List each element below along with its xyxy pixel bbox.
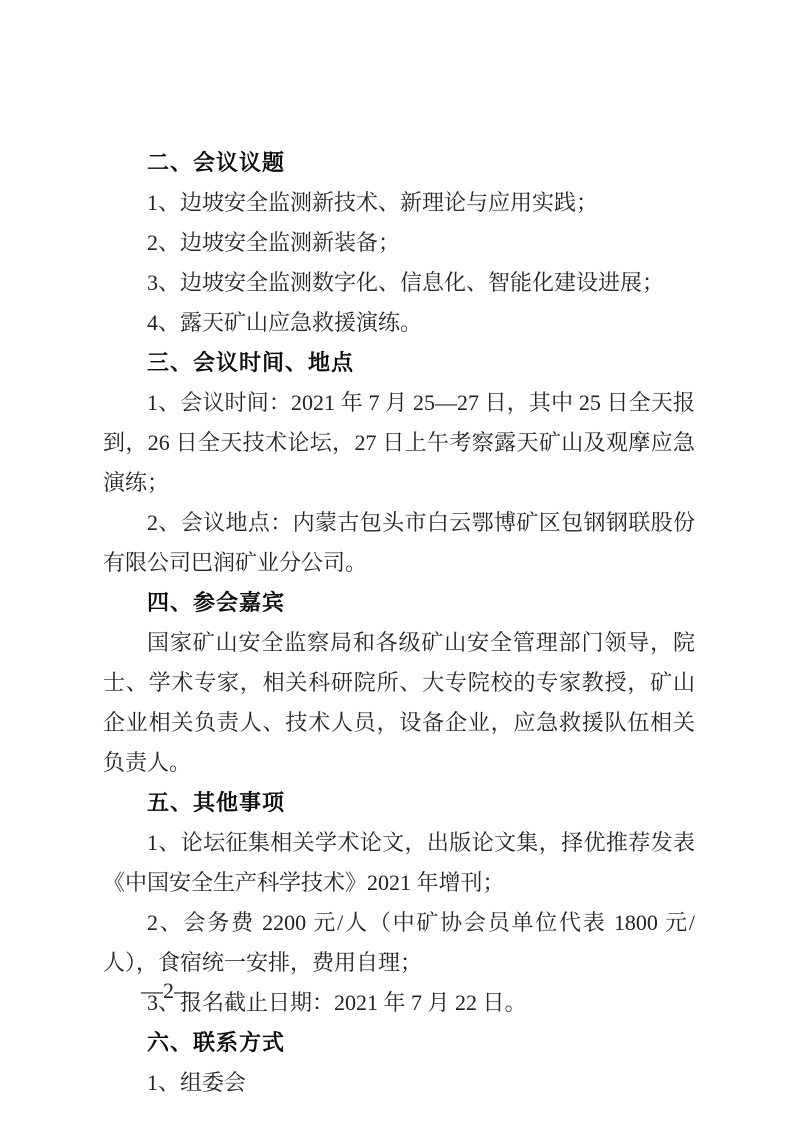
- section-heading: 三、会议时间、地点: [103, 343, 695, 383]
- section-heading: 四、参会嘉宾: [103, 583, 695, 623]
- paragraph: 国家矿山安全监察局和各级矿山安全管理部门领导，院士、学术专家，相关科研院所、大专…: [103, 623, 695, 783]
- paragraph: 1、组委会: [103, 1063, 695, 1103]
- paragraph: 4、露天矿山应急救援演练。: [103, 303, 695, 343]
- section-meeting-time-location: 三、会议时间、地点 1、会议时间：2021 年 7 月 25—27 日，其中 2…: [103, 343, 695, 583]
- paragraph: 1、边坡安全监测新技术、新理论与应用实践；: [103, 183, 695, 223]
- paragraph: 2、会务费 2200 元/人（中矿协会员单位代表 1800 元/人），食宿统一安…: [103, 903, 695, 983]
- section-heading: 五、其他事项: [103, 783, 695, 823]
- paragraph: 2、边坡安全监测新装备；: [103, 223, 695, 263]
- document-body: 二、会议议题 1、边坡安全监测新技术、新理论与应用实践； 2、边坡安全监测新装备…: [103, 143, 695, 1103]
- paragraph: 1、论坛征集相关学术论文，出版论文集，择优推荐发表《中国安全生产科学技术》202…: [103, 823, 695, 903]
- section-meeting-topics: 二、会议议题 1、边坡安全监测新技术、新理论与应用实践； 2、边坡安全监测新装备…: [103, 143, 695, 343]
- section-heading: 六、联系方式: [103, 1023, 695, 1063]
- paragraph: 2、会议地点：内蒙古包头市白云鄂博矿区包钢钢联股份有限公司巴润矿业分公司。: [103, 503, 695, 583]
- page-number: —2—: [141, 978, 196, 1004]
- section-heading: 二、会议议题: [103, 143, 695, 183]
- document-page: 二、会议议题 1、边坡安全监测新技术、新理论与应用实践； 2、边坡安全监测新装备…: [0, 0, 800, 1132]
- section-contact-info: 六、联系方式 1、组委会: [103, 1023, 695, 1103]
- paragraph: 3、边坡安全监测数字化、信息化、智能化建设进展；: [103, 263, 695, 303]
- section-attending-guests: 四、参会嘉宾 国家矿山安全监察局和各级矿山安全管理部门领导，院士、学术专家，相关…: [103, 583, 695, 783]
- paragraph: 1、会议时间：2021 年 7 月 25—27 日，其中 25 日全天报到，26…: [103, 383, 695, 503]
